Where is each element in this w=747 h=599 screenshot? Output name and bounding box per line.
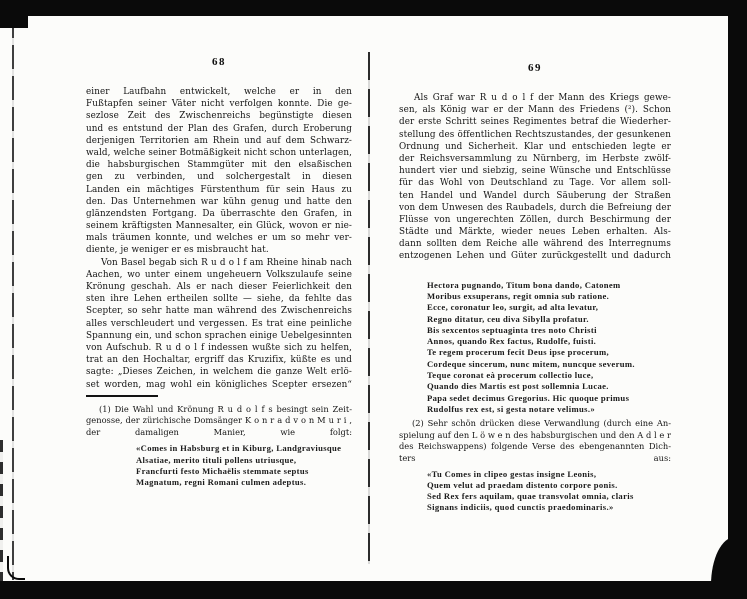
scan-edge-bottom-left-curve [7,556,25,580]
text-line: Papa sedet decimus Gregorius. Hic quoque… [427,393,671,404]
text-line: spielung auf den L ö w e n des habsburgi… [399,430,671,442]
page-number: 68 [86,56,352,69]
book-scan: 68 einer Laufbahn entwickelt, welche er … [0,0,747,599]
text-line: Annos, quando Rex factus, Rudolfe, fuist… [427,336,671,347]
scan-edge-left-marks [0,440,3,585]
text-line: und es entstund der Plan des Grafen, dur… [86,123,352,135]
text-line: dann sollten dem Reiche alle während des… [399,238,671,250]
text-line: diente, je weniger er es misbraucht hat. [86,244,352,256]
text-line: Francfurti festo Michaëlis stemmate sept… [136,466,352,477]
scan-edge-top [0,0,747,16]
text-line: Krönung geschah. Als er nach dieser Feie… [86,281,352,293]
text-line: Sed Rex fers aquilam, quae transvolat om… [427,491,671,502]
text-line: Regno ditatur, ceu diva Sibylla profatur… [427,314,671,325]
page-69: 69 Als Graf war R u d o l f der Mann des… [399,62,671,514]
text-line: Te regem procerum fecit Deus ipse procer… [427,347,671,358]
text-line: mals träumen konnte, und welches er um s… [86,232,352,244]
text-line: Rudolfus rex est, si gesta notare velimu… [427,404,671,415]
text-line: Magnatum, regni Romani culmen adeptus. [136,477,352,488]
text-line: Von Basel begab sich R u d o l f am Rhei… [86,257,352,269]
footnote-separator-rule [86,395,158,397]
text-line: Cordeque sincerum, nunc mitem, nuncque s… [427,359,671,370]
footnote-2: (2) Sehr schön drücken diese Verwandlung… [399,418,671,514]
text-line: sezlose Zeit des Zwischenreichs begünsti… [86,110,352,122]
text-line: entzogenen Lehen und Güter zurückgestell… [399,250,671,262]
text-line: Fußtapfen seiner Väter nicht verfolgen k… [86,98,352,110]
text-line: Aachen, wo unter einem ungeheuern Volksz… [86,269,352,281]
scan-edge-right [728,0,747,599]
text-line: trat an den Hochaltar, ergriff das Kruzi… [86,354,352,366]
text-line: Teque coronat eà procerum collectio luce… [427,370,671,381]
text-line: «Tu Comes in clipeo gestas insigne Leoni… [427,469,671,480]
text-line: sagte: „Dieses Zeichen, in welchem die g… [86,366,352,378]
text-line: (1) Die Wahl und Krönung R u d o l f s b… [86,404,352,416]
text-line: genosse, der zürichische Domsänger K o n… [86,415,352,427]
page-number: 69 [399,62,671,75]
book-fold-line [368,52,370,564]
text-line: derjenigen Territorien am Rhein und auf … [86,135,352,147]
text-line: des Reichswappens) folgende Verse des eb… [399,441,671,453]
text-line: gen zu verbinden, und solchergestalt in … [86,171,352,183]
text-line: die habsburgischen Stammgüter mit den el… [86,159,352,171]
text-line: Ordnung und Sicherheit. Klar und entschi… [399,141,671,153]
scan-edge-bottom [0,581,747,599]
text-line: «Comes in Habsburg et in Kiburg, Landgra… [136,443,352,454]
text-line: von Aufschub. R u d o l f indessen wußte… [86,342,352,354]
text-line: Landen ein mächtiges Fürstenthum für sei… [86,184,352,196]
footnote-text: (2) Sehr schön drücken diese Verwandlung… [399,418,671,464]
text-line: der Reichsversammlung zu Nürnberg, im He… [399,153,671,165]
text-line: Ecce, coronatur leo, surgit, ad alta lev… [427,302,671,313]
footnote-1-continuation-verse: Hectora pugnando, Titum bona dando, Cato… [427,280,671,416]
text-line: Flüsse von ungerechten Zöllen, durch Bes… [399,214,671,226]
text-line: der damaligen Manier, wie folgt: [86,427,352,439]
text-line: seinem kräftigsten Mannesalter, ein Glüc… [86,220,352,232]
scan-edge-left-line [12,14,14,580]
text-line: Bis sexcentos septuaginta tres noto Chri… [427,325,671,336]
footnote-latin-verse: «Comes in Habsburg et in Kiburg, Landgra… [136,443,352,488]
text-line: (2) Sehr schön drücken diese Verwandlung… [399,418,671,430]
text-line: Signans indiciis, quod cunctis praedomin… [427,502,671,513]
text-line: Quando dies Martis est post sollemnia Lu… [427,381,671,392]
text-line: Als Graf war R u d o l f der Mann des Kr… [399,92,671,104]
text-line: von dem Unwesen des Raubadels, durch die… [399,202,671,214]
scan-corner-bottom-right [711,537,735,585]
scan-blob-top-left [0,0,28,28]
text-line: für das Wohl von Deutschland zu Tage. Vo… [399,177,671,189]
text-line: der erste Schritt seines Regimentes betr… [399,116,671,128]
text-line: Alsatiae, merito tituli pollens utriusqu… [136,455,352,466]
body-text: Als Graf war R u d o l f der Mann des Kr… [399,92,671,263]
text-line: den. Das Unternehmen war kühn genug und … [86,196,352,208]
footnote-1: (1) Die Wahl und Krönung R u d o l f s b… [86,404,352,489]
text-line: Spannung ein, und schon sprachen einige … [86,330,352,342]
text-line: alles verschleudert und vergessen. Es tr… [86,318,352,330]
text-line: einer Laufbahn entwickelt, welche er in … [86,86,352,98]
text-line: Quem velut ad praedam distento corpore p… [427,480,671,491]
text-line: Hectora pugnando, Titum bona dando, Cato… [427,280,671,291]
text-line: sten ihre Lehen ertheilen sollte — siehe… [86,293,352,305]
text-line: ten Handel und Wandel durch Säuberung de… [399,190,671,202]
text-line: hundert vier und siebzig, seine Wünsche … [399,165,671,177]
body-text: einer Laufbahn entwickelt, welche er in … [86,86,352,391]
footnote-latin-verse: «Tu Comes in clipeo gestas insigne Leoni… [427,469,671,514]
footnote-text: (1) Die Wahl und Krönung R u d o l f s b… [86,404,352,439]
page-68: 68 einer Laufbahn entwickelt, welche er … [86,56,352,489]
text-line: Städte und Märkte, wieder neues Leben er… [399,226,671,238]
text-line: wald, welche seiner Botmäßigkeit nicht s… [86,147,352,159]
text-line: Moribus exsuperans, regit omnia sub rati… [427,291,671,302]
text-line: glänzendsten Fortgang. Da überraschte de… [86,208,352,220]
text-line: sen, als König war er der Mann des Fried… [399,104,671,116]
text-line: set worden, mag wohl ein königliches Sce… [86,379,352,391]
text-line: stellung des öffentlichen Rechtszustande… [399,129,671,141]
text-line: Scepter, so sehr hatte man während des Z… [86,305,352,317]
text-line: ters aus: [399,453,671,465]
